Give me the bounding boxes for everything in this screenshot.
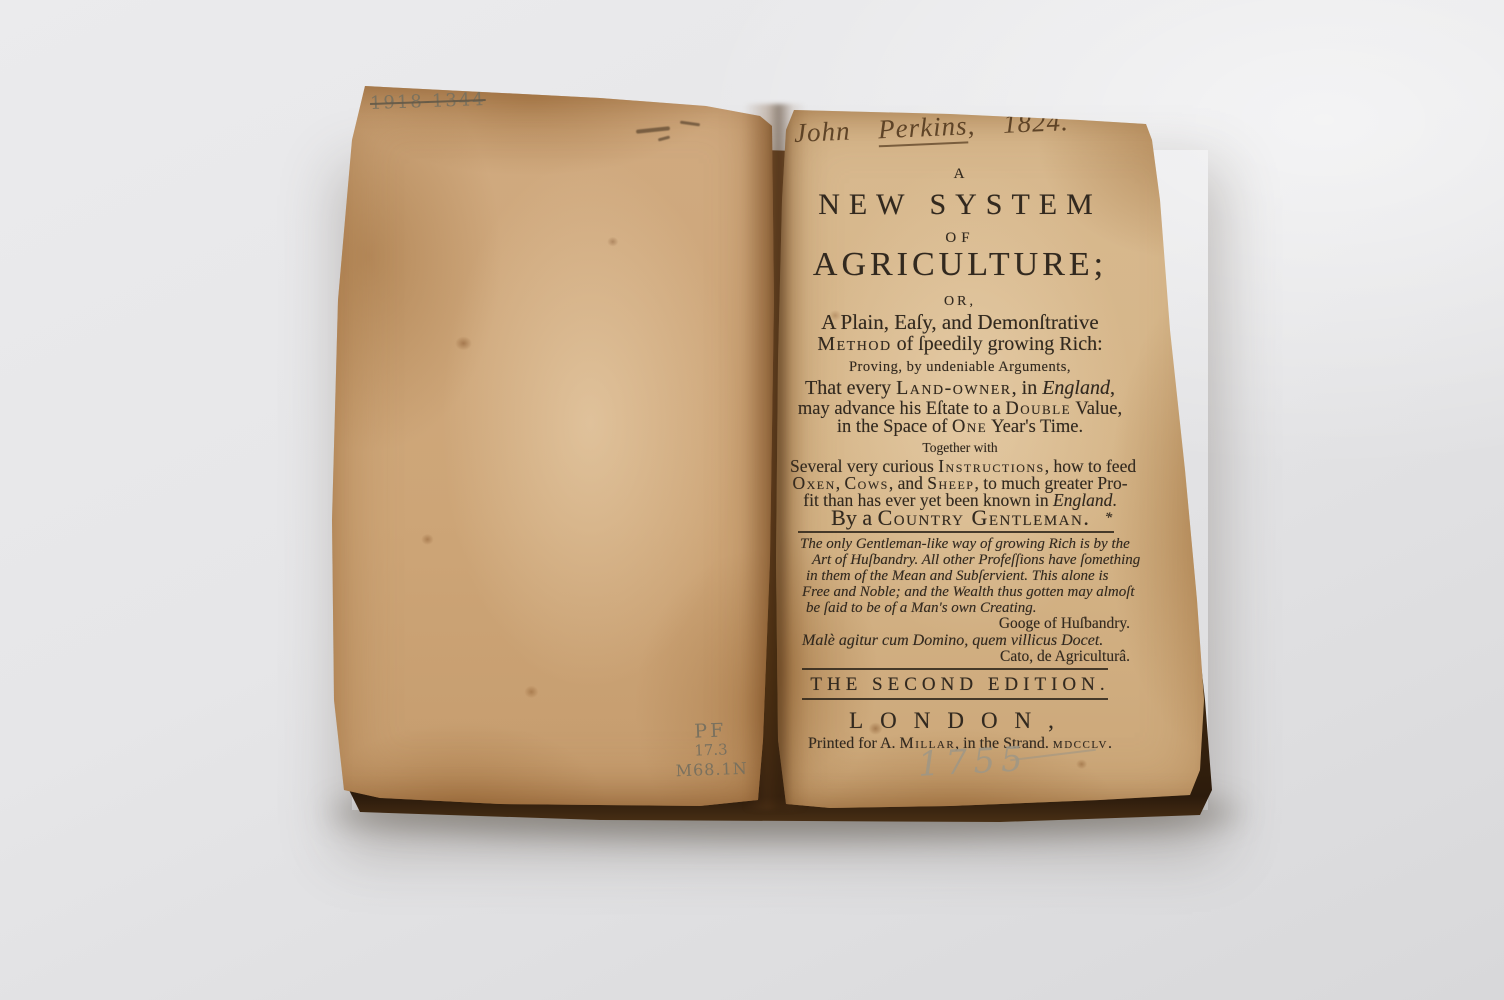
- epigraph-line: Art of Huſbandry. All other Profeſſions …: [812, 552, 1142, 569]
- pencil-accession-number: 1918-1344: [370, 89, 486, 114]
- title-page: John Perkins, 1824. A NEW SYSTEM OF AGRI…: [768, 102, 1216, 814]
- shelfmark-line: M68.1N: [656, 758, 767, 781]
- pencil-date-note: 1755: [917, 739, 1029, 785]
- imprint-city: LONDON,: [790, 708, 1130, 734]
- half-title-a: A: [790, 166, 1130, 183]
- claim-line-1: That every Land-owner, in England,: [790, 377, 1130, 400]
- author-byline: By a Country Gentleman.: [790, 505, 1130, 531]
- title-or: OR,: [790, 294, 1130, 310]
- subtitle-line-2: Method of ſpeedily growing Rich:: [790, 333, 1130, 356]
- epigraph-line: Free and Noble; and the Wealth thus gott…: [802, 584, 1132, 601]
- proving-line: Proving, by undeniable Arguments,: [790, 359, 1130, 376]
- epigraph-line: in them of the Mean and Subſervient. Thi…: [806, 568, 1136, 585]
- title-line-2: AGRICULTURE;: [790, 246, 1130, 284]
- horizontal-rule: [802, 668, 1108, 670]
- epigraph-line: The only Gentleman-like way of growing R…: [800, 536, 1130, 553]
- epigraph-attribution: Googe of Huſbandry.: [790, 615, 1140, 633]
- ink-smudge: [658, 135, 670, 141]
- ink-smudge: [680, 121, 700, 127]
- subtitle-line-1: A Plain, Eaſy, and Demonſtrative: [790, 310, 1130, 335]
- claim-line-3: in the Space of One Year's Time.: [790, 417, 1130, 438]
- owner-inscription-handwriting: John Perkins, 1824.: [793, 102, 1154, 149]
- left-blank-page: 1918-1344 PF 17.3 M68.1N: [328, 82, 780, 808]
- pencil-shelfmark: PF 17.3 M68.1N: [655, 720, 767, 781]
- horizontal-rule: [802, 698, 1108, 700]
- horizontal-rule: [798, 531, 1114, 533]
- together-with-line: Together with: [790, 440, 1130, 456]
- title-line-1: NEW SYSTEM: [790, 188, 1130, 222]
- ink-smudge: [636, 126, 670, 134]
- edition-statement: THE SECOND EDITION.: [790, 674, 1130, 696]
- title-of: OF: [790, 230, 1130, 247]
- photo-of-antique-book: 1918-1344 PF 17.3 M68.1N John Perkins, 1…: [0, 0, 1504, 1000]
- latin-attribution: Cato, de Agriculturâ.: [790, 648, 1140, 666]
